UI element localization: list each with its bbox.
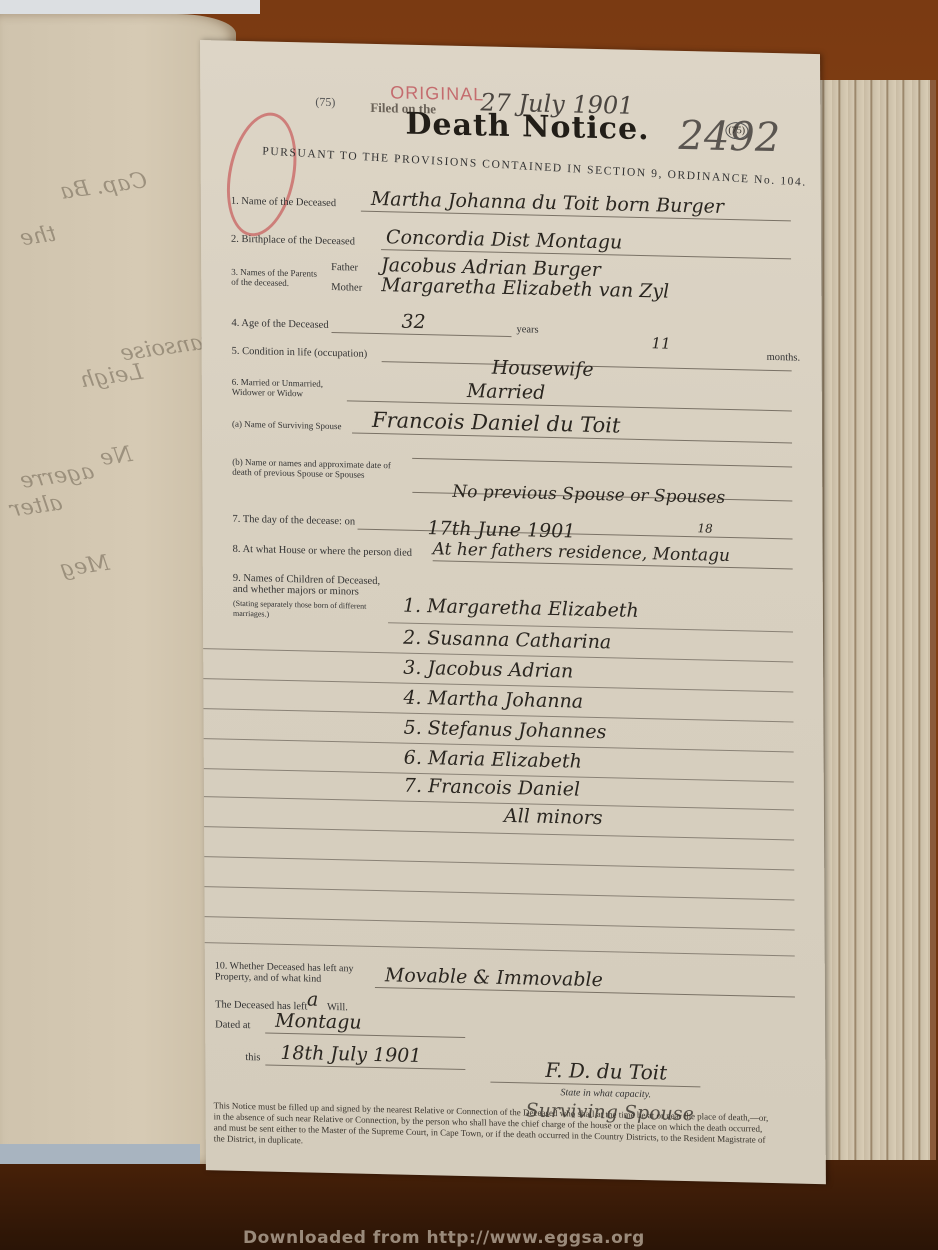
ruled-line xyxy=(205,916,795,930)
field-value: Married xyxy=(467,380,546,404)
field-line xyxy=(412,458,792,468)
mother-label: Mother xyxy=(331,282,362,294)
age-years: 32 xyxy=(401,311,425,334)
ruled-line xyxy=(204,856,794,870)
registration-badge: (75) xyxy=(725,122,748,140)
field-label: 7. The day of the decease: on xyxy=(232,514,355,528)
field-label: (b) Name or names and approximate date o… xyxy=(232,457,402,481)
field-previous-spouse: (b) Name or names and approximate date o… xyxy=(232,441,792,504)
ghost-text: Cap. Ba xyxy=(59,168,149,205)
field-label: 4. Age of the Deceased xyxy=(231,318,328,331)
field-label: 1. Name of the Deceased xyxy=(231,196,336,209)
age-months: 11 xyxy=(651,334,670,352)
field-label: 3. Names of the Parents of the deceased. xyxy=(231,267,326,289)
field-label: 10. Whether Deceased has left any Proper… xyxy=(215,960,365,985)
field-children: 9. Names of Children of Deceased, and wh… xyxy=(233,561,793,632)
ruled-line xyxy=(204,886,794,900)
child-item: 3. Jacobus Adrian xyxy=(403,657,573,683)
field-label: 5. Condition in life (occupation) xyxy=(232,346,368,360)
child-item: 6. Maria Elizabeth xyxy=(404,747,582,773)
field-value: Martha Johanna du Toit born Burger xyxy=(371,188,724,218)
form-number: (75) xyxy=(315,95,335,110)
field-label: 6. Married or Unmarried, Widower or Wido… xyxy=(232,377,337,399)
page-title: Death Notice. xyxy=(405,107,649,148)
field-name: 1. Name of the Deceased Martha Johanna d… xyxy=(231,181,791,224)
father-label: Father xyxy=(331,262,358,274)
children-summary: All minors xyxy=(504,805,603,829)
years-label: years xyxy=(516,324,538,336)
field-note: (Stating separately those born of differ… xyxy=(233,599,393,623)
field-label: 2. Birthplace of the Deceased xyxy=(231,234,355,248)
children-list: 1. Margaretha Elizabeth 2. Susanna Catha… xyxy=(200,40,820,54)
watermark: Downloaded from http://www.eggsa.org xyxy=(243,1228,645,1248)
child-item: 4. Martha Johanna xyxy=(403,687,583,713)
field-label: (a) Name of Surviving Spouse xyxy=(232,419,342,431)
field-suffix: 18 xyxy=(697,521,712,535)
child-item: 2. Susanna Catharina xyxy=(403,627,611,654)
mother-value: Margaretha Elizabeth van Zyl xyxy=(381,274,669,303)
top-strip xyxy=(0,0,260,14)
ghost-text: alter xyxy=(9,490,64,522)
child-item: 5. Stefanus Johannes xyxy=(404,717,607,744)
field-parents: 3. Names of the Parents of the deceased.… xyxy=(231,253,791,306)
ghost-text: Leigh xyxy=(79,360,145,394)
death-notice-page: (75) ORIGINAL Filed on the 27 July 1901 … xyxy=(200,40,826,1184)
ghost-text: the xyxy=(18,222,57,252)
ghost-text: Meg xyxy=(59,551,112,583)
book-cover-edge xyxy=(0,1144,200,1164)
field-label: 8. At what House or where the person die… xyxy=(233,544,412,559)
ruled-line xyxy=(204,826,794,840)
ghost-text: agerre xyxy=(19,459,96,494)
signature-value: F. D. du Toit xyxy=(545,1058,667,1085)
field-value: Montagu xyxy=(275,1010,362,1034)
field-label: 9. Names of Children of Deceased, and wh… xyxy=(233,573,398,599)
months-label: months. xyxy=(767,352,801,364)
ghost-text: Ne xyxy=(98,442,133,471)
capacity-label: State in what capacity. xyxy=(560,1087,651,1100)
field-label: Dated at xyxy=(215,1019,250,1031)
child-item: 7. Francois Daniel xyxy=(404,775,580,801)
